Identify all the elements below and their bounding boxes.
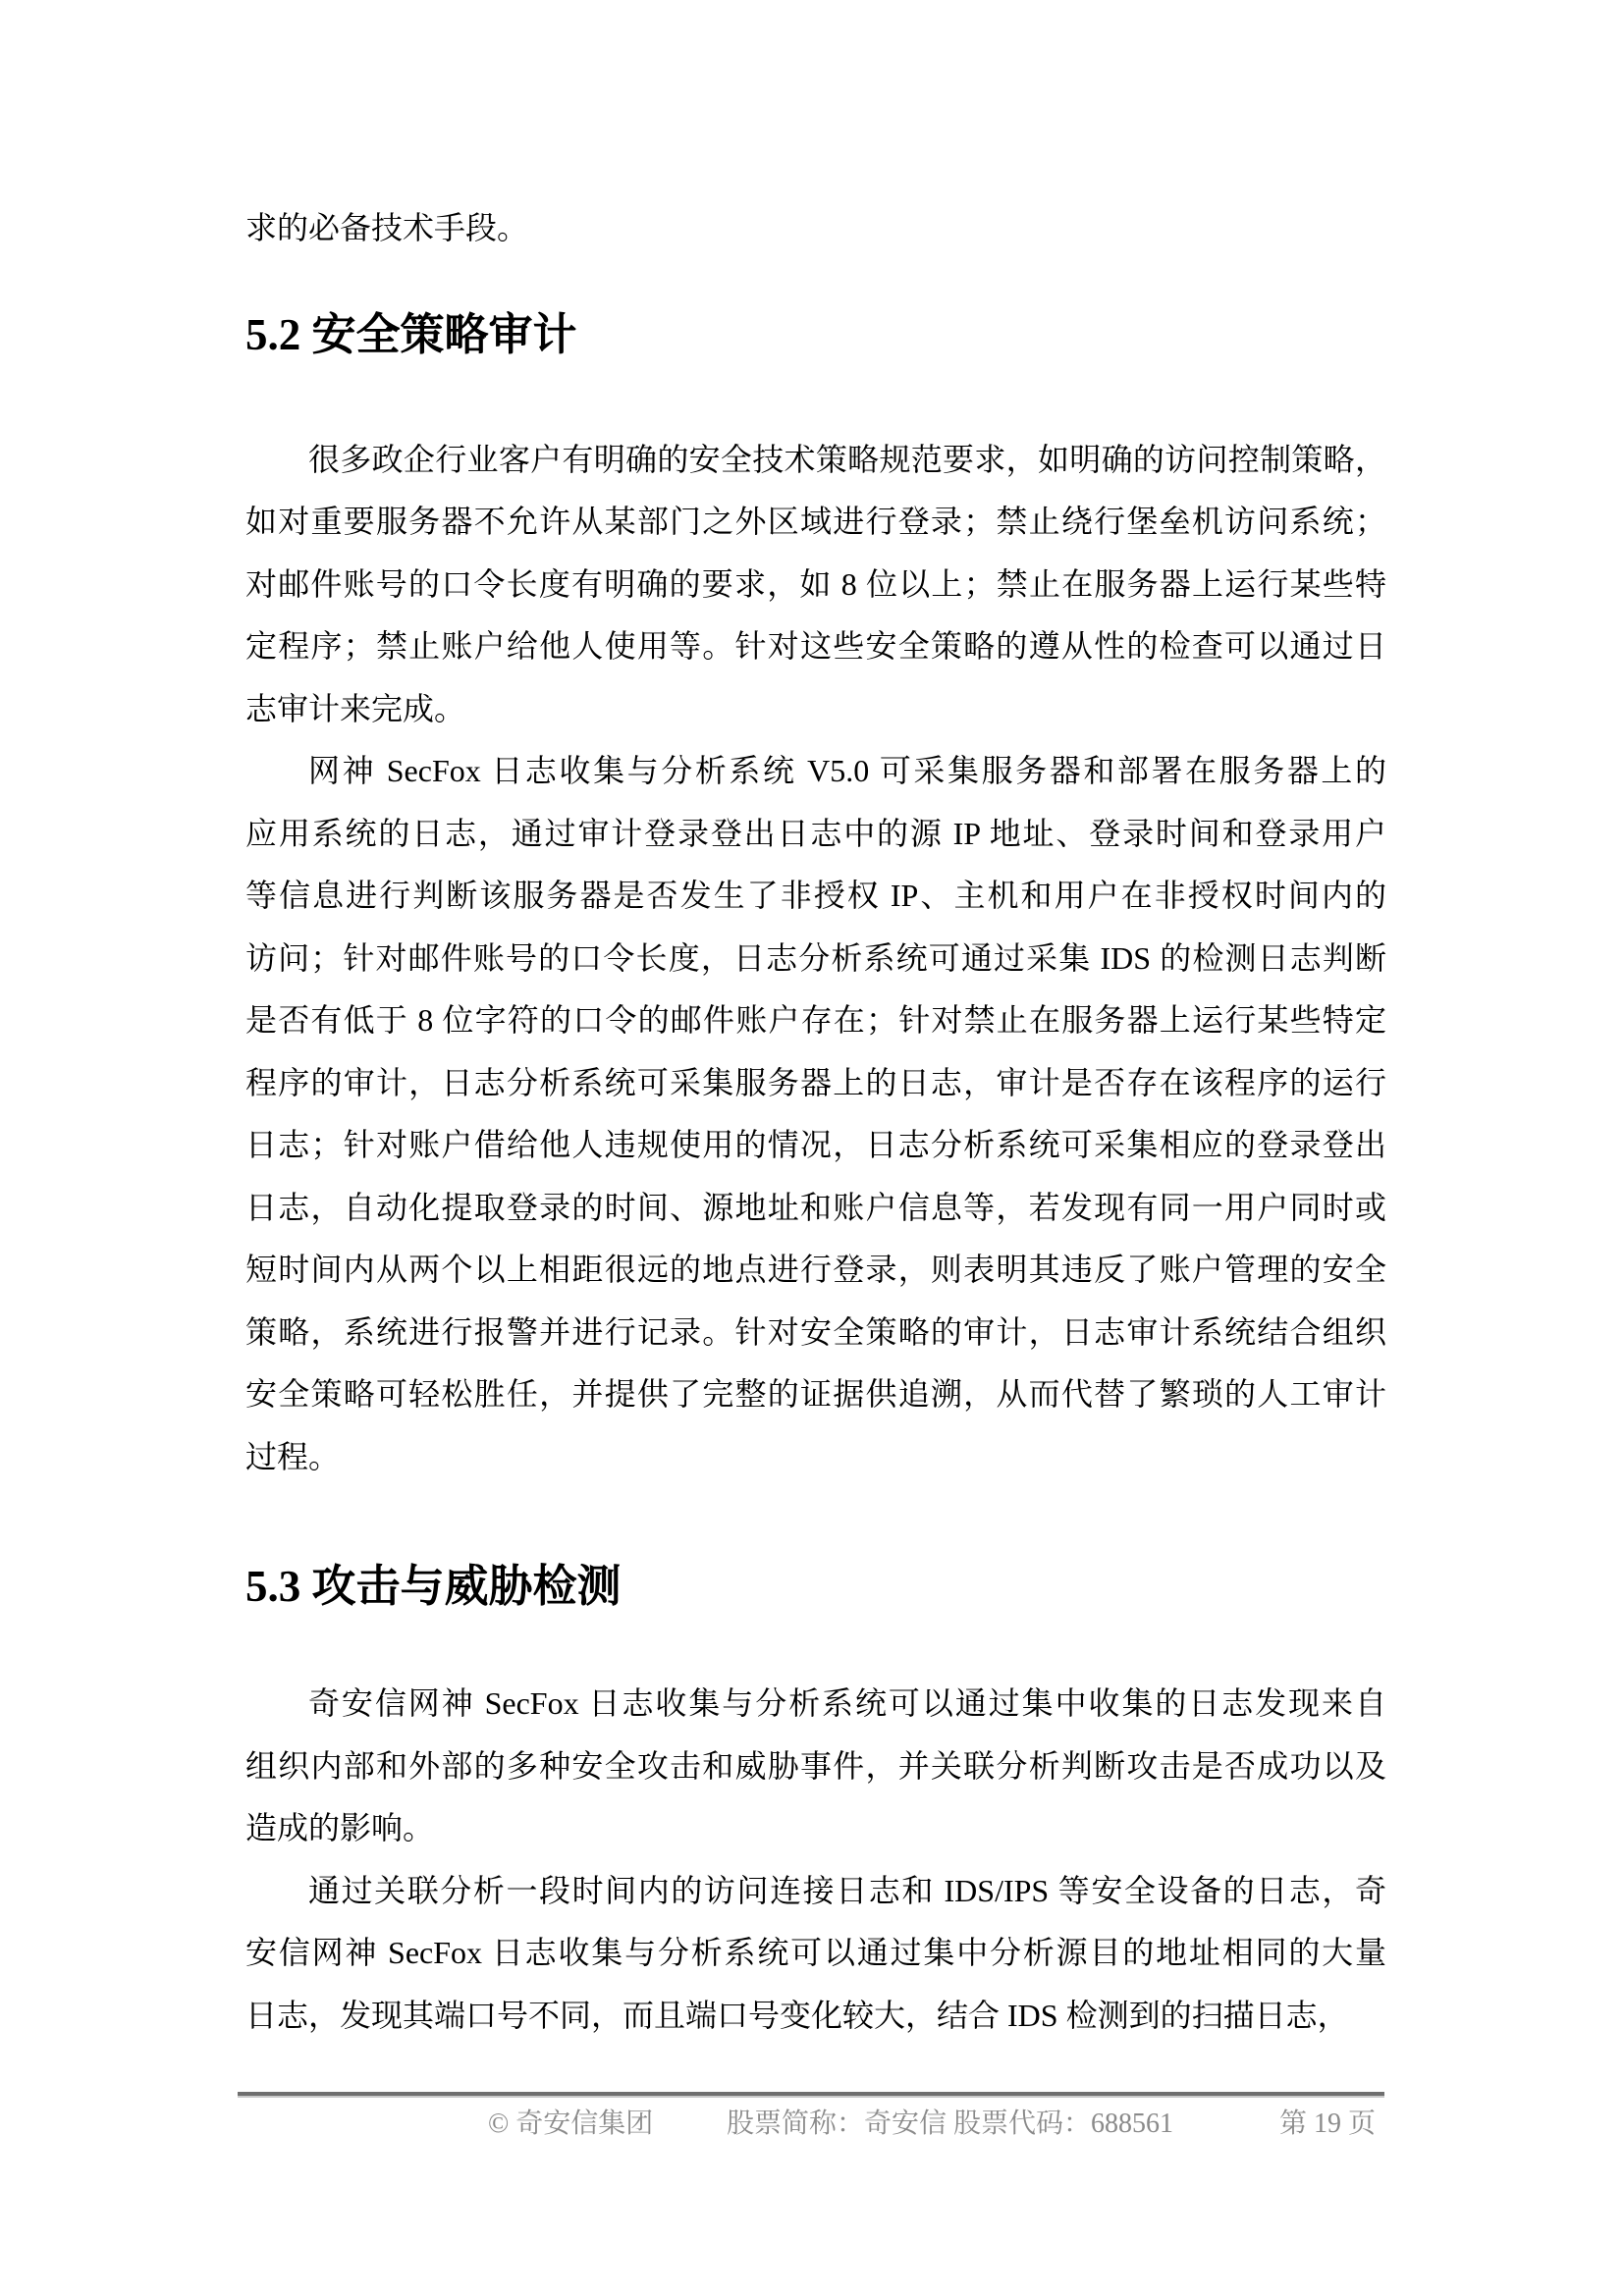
text-line: 网神 SecFox 日志收集与分析系统 V5.0 可采集服务器和部署在服务器上的 xyxy=(245,740,1386,803)
intro-paragraph: 求的必备技术手段。 xyxy=(245,197,1386,260)
text-line: 通过关联分析一段时间内的访问连接日志和 IDS/IPS 等安全设备的日志，奇 xyxy=(245,1860,1386,1923)
text-line: 应用系统的日志，通过审计登录登出日志中的源 IP 地址、登录时间和登录用户 xyxy=(245,803,1386,866)
footer-stock-info: 股票简称：奇安信 股票代码：688561 xyxy=(727,2105,1173,2144)
footer-copyright: © 奇安信集团 xyxy=(488,2105,653,2144)
text-line: 短时间内从两个以上相距很远的地点进行登录，则表明其违反了账户管理的安全 xyxy=(245,1239,1386,1302)
section-5-2-heading: 5.2 安全策略审计 xyxy=(245,305,1386,364)
section-5-2-paragraph-1: 很多政企行业客户有明确的安全技术策略规范要求，如明确的访问控制策略，如对重要服务… xyxy=(245,429,1386,741)
body-text: 求的必备技术手段。 5.2 安全策略审计 很多政企行业客户有明确的安全技术策略规… xyxy=(245,197,1386,2047)
document-page: 求的必备技术手段。 5.2 安全策略审计 很多政企行业客户有明确的安全技术策略规… xyxy=(0,0,1624,2296)
footer-page-number: 第 19 页 xyxy=(1279,2105,1376,2144)
text-line: 安信网神 SecFox 日志收集与分析系统可以通过集中分析源目的地址相同的大量 xyxy=(245,1922,1386,1985)
text-line: 日志，发现其端口号不同，而且端口号变化较大，结合 IDS 检测到的扫描日志， xyxy=(245,1985,1386,2048)
text-line: 对邮件账号的口令长度有明确的要求，如 8 位以上；禁止在服务器上运行某些特 xyxy=(245,554,1386,616)
text-line: 组织内部和外部的多种安全攻击和威胁事件，并关联分析判断攻击是否成功以及 xyxy=(245,1735,1386,1798)
text-line: 是否有低于 8 位字符的口令的邮件账户存在；针对禁止在服务器上运行某些特定 xyxy=(245,989,1386,1052)
text-line: 很多政企行业客户有明确的安全技术策略规范要求，如明确的访问控制策略， xyxy=(245,429,1386,492)
text-line: 程序的审计，日志分析系统可采集服务器上的日志，审计是否存在该程序的运行 xyxy=(245,1052,1386,1115)
text-line: 过程。 xyxy=(245,1426,1386,1489)
text-line: 奇安信网神 SecFox 日志收集与分析系统可以通过集中收集的日志发现来自 xyxy=(245,1673,1386,1735)
text-line: 日志；针对账户借给他人违规使用的情况，日志分析系统可采集相应的登录登出 xyxy=(245,1114,1386,1177)
text-line: 定程序；禁止账户给他人使用等。针对这些安全策略的遵从性的检查可以通过日 xyxy=(245,615,1386,678)
text-line: 日志，自动化提取登录的时间、源地址和账户信息等，若发现有同一用户同时或 xyxy=(245,1177,1386,1240)
text-line: 策略，系统进行报警并进行记录。针对安全策略的审计，日志审计系统结合组织 xyxy=(245,1302,1386,1364)
section-5-3-heading: 5.3 攻击与威胁检测 xyxy=(245,1557,1386,1616)
text-line: 求的必备技术手段。 xyxy=(245,197,1386,260)
text-line: 志审计来完成。 xyxy=(245,678,1386,741)
section-5-3-paragraph-1: 奇安信网神 SecFox 日志收集与分析系统可以通过集中收集的日志发现来自组织内… xyxy=(245,1673,1386,1860)
text-line: 如对重要服务器不允许从某部门之外区域进行登录；禁止绕行堡垒机访问系统； xyxy=(245,491,1386,554)
text-line: 安全策略可轻松胜任，并提供了完整的证据供追溯，从而代替了繁琐的人工审计 xyxy=(245,1363,1386,1426)
text-line: 访问；针对邮件账号的口令长度，日志分析系统可通过采集 IDS 的检测日志判断 xyxy=(245,928,1386,990)
text-line: 等信息进行判断该服务器是否发生了非授权 IP、主机和用户在非授权时间内的 xyxy=(245,865,1386,928)
section-5-3-paragraph-2: 通过关联分析一段时间内的访问连接日志和 IDS/IPS 等安全设备的日志，奇安信… xyxy=(245,1860,1386,2048)
text-line: 造成的影响。 xyxy=(245,1797,1386,1860)
footer-divider xyxy=(238,2092,1384,2098)
section-5-2-paragraph-2: 网神 SecFox 日志收集与分析系统 V5.0 可采集服务器和部署在服务器上的… xyxy=(245,740,1386,1488)
